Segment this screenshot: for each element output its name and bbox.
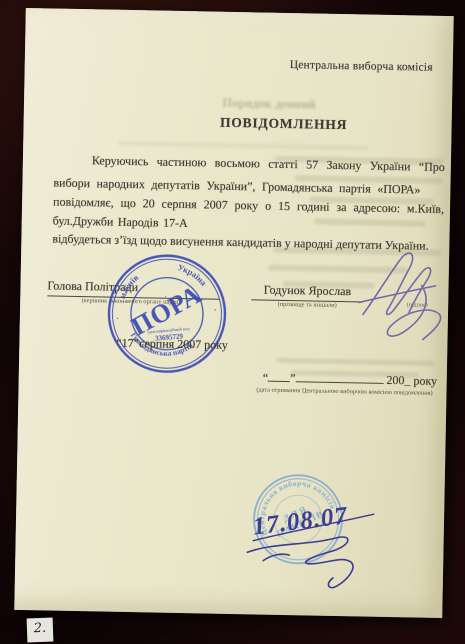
document-page: Центральна виборча комісія Порядок денни… xyxy=(14,8,453,618)
pora-party-stamp: м.Київ Україна Громадянська партія · · ·… xyxy=(99,246,235,382)
stamp-city-text: м.Київ xyxy=(115,272,142,301)
photo-background: Центральна виборча комісія Порядок денни… xyxy=(0,0,465,644)
ghost-bleedthrough-title: Порядок денний xyxy=(144,94,394,114)
signature-name: Годунок Ярослав xyxy=(251,282,363,302)
header-recipient: Центральна виборча комісія xyxy=(290,59,433,74)
svg-text:·: · xyxy=(116,314,119,323)
handwritten-date-text: 17.08.07 xyxy=(251,502,350,540)
signature-sublabel: (підпис) xyxy=(392,302,442,309)
photo-page-number-tag: 2. xyxy=(27,618,54,643)
document-title: ПОВІДОМЛЕННЯ xyxy=(174,114,394,134)
receipt-date-line: “”200_ року xyxy=(263,369,438,389)
document-date-line: “17”серпня 2007 року xyxy=(116,336,228,353)
svg-text:·: · xyxy=(213,305,216,314)
receipt-blank-day xyxy=(268,369,290,382)
handwritten-receipt-signature xyxy=(247,535,354,588)
receipt-year-label: 200_ року xyxy=(386,373,437,389)
ghost-bleedthrough-line xyxy=(276,358,434,366)
handwritten-receipt-note: 17.08.07 xyxy=(226,474,398,607)
signature-name-sublabel: (прізвище та ініціали) xyxy=(251,300,363,309)
ghost-bleedthrough-line xyxy=(118,141,368,151)
receipt-blank-month xyxy=(295,369,383,384)
svg-text:м.Київ: м.Київ xyxy=(115,272,142,301)
page-number-text: 2. xyxy=(33,621,46,636)
